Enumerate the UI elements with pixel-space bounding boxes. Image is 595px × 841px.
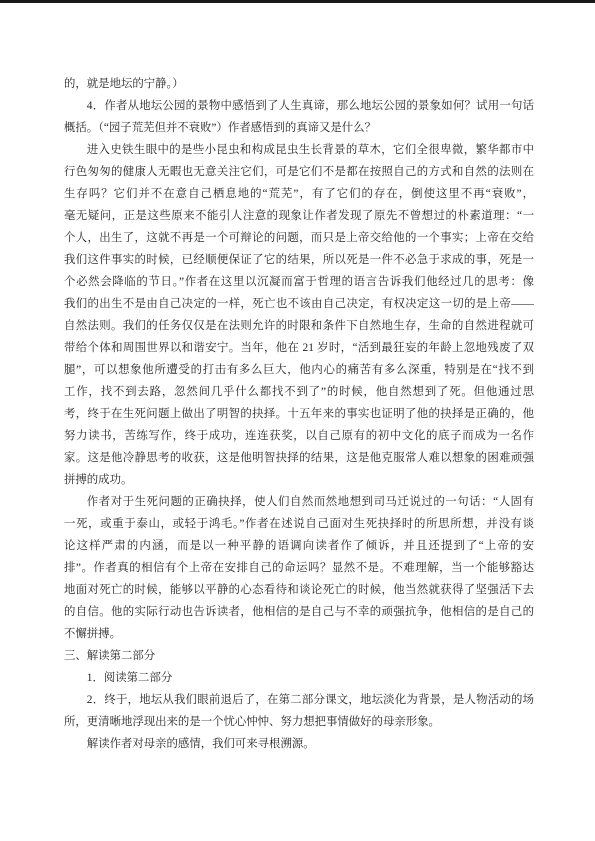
document-page: { "page": { "background_color": "#ffffff…: [0, 0, 595, 841]
body-text-line: 生存吗？它们并不在意自己栖息地的“荒芜”，有了它们的存在，倒使这里不再“衰败”，: [64, 183, 534, 205]
numbered-item-line: 2．终于，地坛从我们眼前退后了，在第二部分课文，地坛淡化为背景，是人物活动的场: [64, 689, 534, 711]
body-text-line: 概括。（“园子荒芜但并不衰败”）作者感悟到的真谛又是什么？: [64, 117, 534, 139]
body-text-line: 努力读书，苦练写作，终于成功，连连获奖，以自己原有的初中文化的底子而成为一名作: [64, 425, 534, 447]
body-text-line: 我们的出生不是由自己决定的一样，死亡也不该由自己决定，有权决定这一切的是上帝——: [64, 293, 534, 315]
body-text-line: 所，更清晰地浮现出来的是一个忧心忡忡、努力想把事情做好的母亲形象。: [64, 711, 534, 733]
body-text-line: 家。这是他冷静思考的收获，这是他明智抉择的结果，这是他克服常人难以想象的困难顽强: [64, 447, 534, 469]
body-text-line: 作者对于生死问题的正确抉择，使人们自然而然地想到司马迁说过的一句话：“人固有: [64, 491, 534, 513]
body-text-line: 工作，找不到去路，忽然间几乎什么都找不到了”的时候，他自然想到了死。但他通过思: [64, 381, 534, 403]
body-text-line: 的，就是地坛的宁静。）: [64, 73, 534, 95]
numbered-item-line: 1．阅读第二部分: [64, 667, 534, 689]
body-text-line: 带给个体和周围世界以和谐安宁。当年，他在 21 岁时，“活到最狂妄的年龄上忽地残…: [64, 337, 534, 359]
body-text-line: 的自信。他的实际行动也告诉读者，他相信的是自己与不幸的顽强抗争，他相信的是自己的: [64, 601, 534, 623]
numbered-item-line: 4．作者从地坛公园的景物中感悟到了人生真谛，那么地坛公园的景象如何？试用一句话: [64, 95, 534, 117]
body-text-line: 解读作者对母亲的感情，我们可来寻根溯源。: [64, 733, 534, 755]
body-text-line: 腿”，可以想象他所遭受的打击有多么巨大，他内心的痛苦有多么深重，特别是在“找不到: [64, 359, 534, 381]
body-text-line: 拼搏的成功。: [64, 469, 534, 491]
body-text-line: 行色匆匆的健康人无暇也无意关注它们，可是它们不是都在按照自己的方式和自然的法则在: [64, 161, 534, 183]
body-text-line: 进入史铁生眼中的是些小昆虫和构成昆虫生长背景的草木，它们全很卑微，繁华都市中: [64, 139, 534, 161]
body-text-line: 自然法则。我们的任务仅仅是在法则允许的时限和条件下自然地生存，生命的自然进程就可: [64, 315, 534, 337]
document-body: 的，就是地坛的宁静。） 4．作者从地坛公园的景物中感悟到了人生真谛，那么地坛公园…: [64, 73, 534, 755]
body-text-line: 地面对死亡的时候，能够以平静的心态看待和谈论死亡的时候，他当然就获得了坚强活下去: [64, 579, 534, 601]
body-text-line: 个人，出生了，这就不再是一个可辩论的问题，而只是上帝交给他的一个事实；上帝在交给: [64, 227, 534, 249]
page-top-edge: [0, 0, 595, 3]
body-text-line: 我们这件事实的时候，已经顺便保证了它的结果，所以死是一件不必急于求成的事，死是一: [64, 249, 534, 271]
section-heading-line: 三、解读第二部分: [64, 645, 534, 667]
body-text-line: 一死，或重于泰山，或轻于鸿毛。”作者在述说自己面对生死抉择时的所思所想，并没有谈: [64, 513, 534, 535]
body-text-line: 不懈拼搏。: [64, 623, 534, 645]
body-text-line: 论这样严肃的内涵，而是以一种平静的语调向读者作了倾诉，并且还提到了“上帝的安: [64, 535, 534, 557]
body-text-line: 排”。作者真的相信有个上帝在安排自己的命运吗？显然不是。不难理解，当一个能够豁达: [64, 557, 534, 579]
body-text-line: 考，终于在生死问题上做出了明智的抉择。十五年来的事实也证明了他的抉择是正确的，他: [64, 403, 534, 425]
body-text-line: 毫无疑问，正是这些原来不能引人注意的现象让作者发现了原先不曾想过的朴素道理：“一: [64, 205, 534, 227]
body-text-line: 个必然会降临的节日。”作者在这里以沉凝而富于哲理的语言告诉我们他经过几的思考：像: [64, 271, 534, 293]
